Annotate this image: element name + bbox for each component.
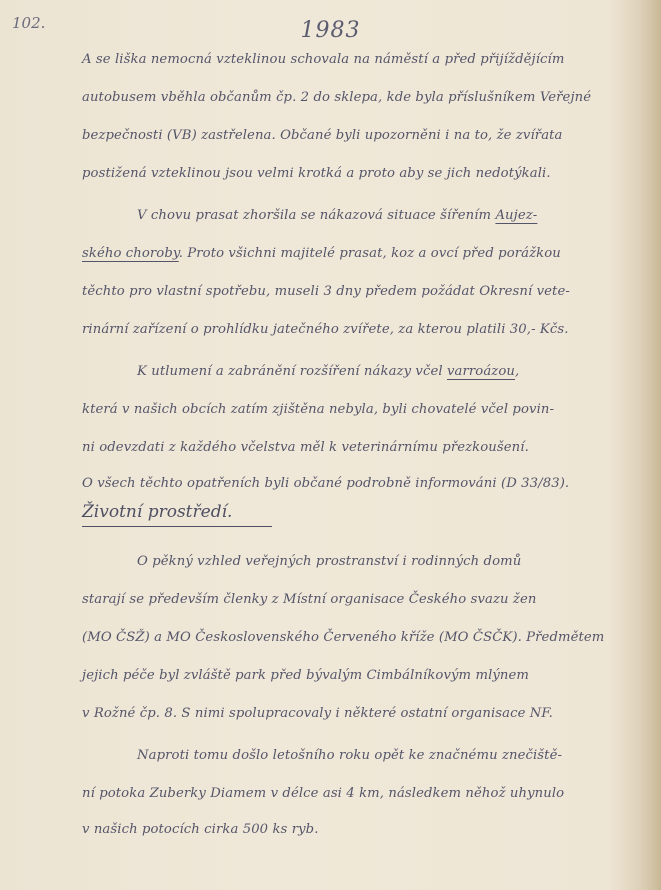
text-line: starají se především členky z Místní org… bbox=[82, 592, 632, 607]
text-line: ní potoka Zuberky Diamem v délce asi 4 k… bbox=[82, 786, 632, 801]
underlined-term: varroázou bbox=[447, 364, 515, 379]
underlined-term: ského choroby bbox=[82, 246, 179, 261]
text-continuation: . Proto všichni majitelé prasat, koz a o… bbox=[179, 246, 561, 261]
underlined-term: Aujez- bbox=[495, 208, 537, 223]
chronicle-page: 102. 1983 A se liška nemocná vzteklinou … bbox=[0, 0, 661, 890]
text-line: V chovu prasat zhoršila se nákazová situ… bbox=[82, 208, 661, 223]
text-line: ského chorobyského choroby. Proto všichn… bbox=[82, 246, 632, 261]
text-line: v našich potocích cirka 500 ks ryb. bbox=[82, 822, 632, 837]
text-line: O všech těchto opatřeních byli občané po… bbox=[82, 476, 632, 491]
text-line: postižená vzteklinou jsou velmi krotká a… bbox=[82, 166, 632, 181]
text-line: bezpečnosti (VB) zastřelena. Občané byli… bbox=[82, 128, 632, 143]
text-line: K utlumení a zabránění rozšíření nákazy … bbox=[82, 364, 661, 379]
text-line: ni odevzdati z každého včelstva měl k ve… bbox=[82, 440, 632, 455]
year-heading: 1983 bbox=[0, 18, 661, 43]
text-line: jejich péče byl zvláště park před bývalý… bbox=[82, 668, 632, 683]
section-heading: Životní prostředí. bbox=[82, 502, 272, 527]
text-line: (MO ČSŽ) a MO Československého Červeného… bbox=[82, 630, 632, 645]
text-line: v Rožné čp. 8. S nimi spolupracovaly i n… bbox=[82, 706, 632, 721]
text-line: O pěkný vzhled veřejných prostranství i … bbox=[82, 554, 661, 569]
text-line: Naproti tomu došlo letošního roku opět k… bbox=[82, 748, 661, 763]
text-line: těchto pro vlastní spotřebu, museli 3 dn… bbox=[82, 284, 632, 299]
text-line: která v našich obcích zatím zjištěna neb… bbox=[82, 402, 632, 417]
text-line: rinární zařízení o prohlídku jatečného z… bbox=[82, 322, 632, 337]
text-line: autobusem vběhla občanům čp. 2 do sklepa… bbox=[82, 90, 632, 105]
text-line: A se liška nemocná vzteklinou schovala n… bbox=[82, 52, 632, 67]
